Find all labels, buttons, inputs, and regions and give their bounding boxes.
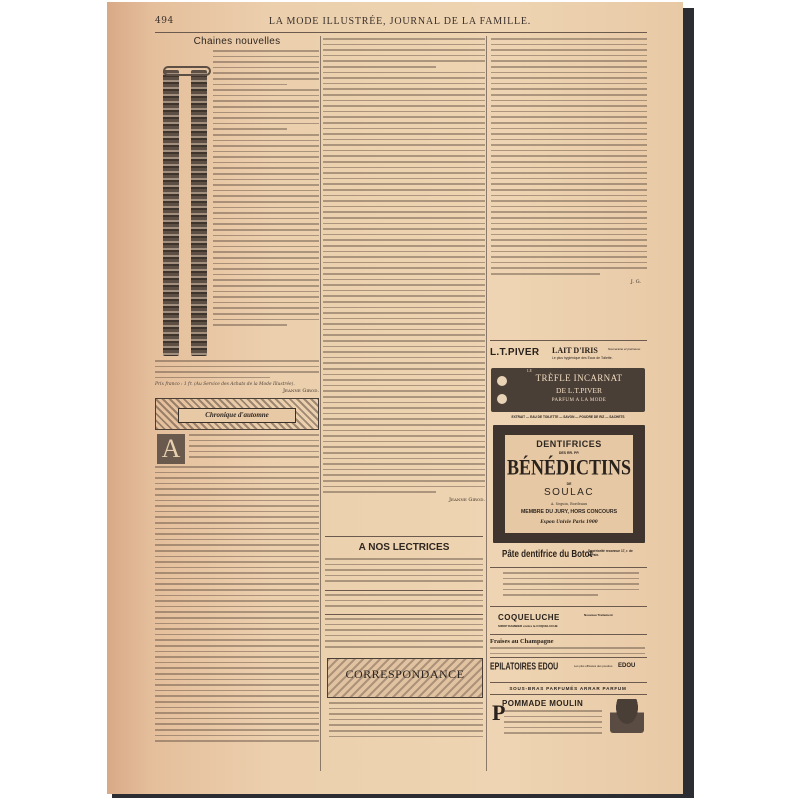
ad-side: Nouveau Traitement — [584, 613, 613, 617]
clover-icon — [497, 394, 507, 404]
ad-coqueluche: COQUELUCHE Nouveau Traitement SIROP DAMB… — [488, 611, 648, 631]
ad-benedictins: DENTIFRICES DES RR. PP. BÉNÉDICTINS DE S… — [493, 425, 645, 543]
signature: Jeanne Girod. — [155, 388, 319, 394]
article-body — [213, 50, 319, 330]
chain-illustration — [191, 70, 207, 356]
correspondance-banner: CORRESPONDANCE — [327, 658, 483, 698]
notice-botot — [325, 594, 483, 611]
chronique-banner: Chronique d'automne — [155, 398, 319, 430]
ad-arrar: SOUS-BRAS PARFUMÉS ARRAR PARFUM — [488, 686, 648, 691]
chronique-title: Chronique d'automne — [178, 408, 296, 423]
ad-side: Supériorité reconnue 17, r. de la Paix. — [588, 549, 634, 557]
section-rule — [490, 657, 647, 658]
clover-icon — [497, 376, 507, 386]
ad-tagline: Le plus hygiénique des Eaux de Toilette. — [552, 356, 613, 360]
correspondance-title: CORRESPONDANCE — [328, 667, 482, 682]
column-divider — [486, 36, 487, 771]
chain-illustration — [163, 70, 179, 356]
ad-line: DENTIFRICES — [505, 439, 633, 449]
notice-rule — [325, 590, 483, 591]
column2-text: Jeanne Girod. — [323, 38, 485, 503]
signature: Jeanne Girod. — [323, 497, 485, 503]
ad-trefle-footer: EXTRAIT — EAU DE TOILETTE — SAVON — POUD… — [488, 415, 648, 419]
ad-line: DE — [505, 482, 633, 486]
chronique-body — [155, 466, 319, 746]
ad-product: LAIT D'IRIS — [552, 346, 598, 355]
section-rule — [325, 536, 483, 537]
ad-benedictins-inner: DENTIFRICES DES RR. PP. BÉNÉDICTINS DE S… — [505, 435, 633, 533]
column3-text: J. G. — [491, 38, 647, 285]
dropcap-letter: A — [157, 434, 185, 464]
notice-rule — [325, 614, 483, 615]
chronique-opening — [189, 434, 319, 462]
newspaper-page: 494 LA MODE ILLUSTRÉE, JOURNAL DE LA FAM… — [107, 2, 683, 794]
column-divider — [320, 36, 321, 771]
notice-camille — [325, 558, 483, 586]
chain-loop — [163, 66, 211, 76]
section-rule — [490, 606, 647, 607]
ad-award: MEMBRE DU JURY, HORS CONCOURS — [505, 509, 633, 515]
ad-sub: SIROP DAMBIER contre la COQUELUCHE — [498, 624, 558, 628]
notice-violettes — [325, 618, 483, 652]
ad-title: Pâte dentifrice du Botot — [502, 548, 592, 560]
ad-epilatoires-edou: EPILATOIRES EDOU Les plus efficaces des … — [488, 661, 648, 681]
ad-brand: L.T.PIVER — [490, 347, 539, 358]
article-title: Chaines nouvelles — [155, 36, 319, 47]
ad-title: POMMADE MOULIN — [502, 699, 583, 708]
ad-title: BÉNÉDICTINS — [505, 454, 633, 480]
page-header: 494 LA MODE ILLUSTRÉE, JOURNAL DE LA FAM… — [155, 14, 645, 30]
ad-line: SOULAC — [505, 487, 633, 498]
ad-botot: Pâte dentifrice du Botot Supériorité rec… — [488, 547, 648, 565]
signature: J. G. — [491, 279, 647, 285]
tree-illustration — [610, 699, 644, 733]
ad-maker: A. Seguin, Bordeaux — [505, 502, 633, 506]
article-closing: Prix franco : 1 fr. (Au Service des Acha… — [155, 360, 319, 394]
header-rule — [155, 32, 647, 33]
ad-line: PARFUM A LA MODE — [519, 398, 639, 403]
ad-side: EDOU — [618, 663, 635, 669]
ad-piver-lait-iris: L.T.PIVER LAIT D'IRIS Le plus hygiénique… — [488, 344, 648, 366]
ad-side-note: Souveraine et précieuse — [608, 347, 646, 351]
ad-title: COQUELUCHE — [498, 613, 560, 622]
section-rule — [490, 694, 647, 695]
ad-trefle-incarnat: LE TRÈFLE INCARNAT DE L.T.PIVER PARFUM A… — [491, 368, 645, 412]
section-title-a-nos-lectrices: A NOS LECTRICES — [323, 542, 485, 553]
ad-pommade-moulin: P POMMADE MOULIN — [488, 697, 648, 737]
section-rule — [490, 567, 647, 568]
ad-title: TRÈFLE INCARNAT — [519, 373, 639, 383]
ad-creme-oriza — [503, 572, 639, 600]
journal-title: LA MODE ILLUSTRÉE, JOURNAL DE LA FAMILLE… — [155, 16, 645, 27]
section-rule — [490, 634, 647, 635]
section-rule — [490, 340, 647, 341]
ad-title: EPILATOIRES EDOU — [490, 663, 558, 673]
correspondance-text — [329, 702, 483, 741]
section-rule — [490, 682, 647, 683]
ad-title: Fraises au Champagne — [490, 638, 554, 645]
ad-line: DE L.T.PIVER — [519, 386, 639, 395]
ad-expo: Expon Univle Paris 1900 — [505, 519, 633, 524]
ad-note: Les plus efficaces des poudres — [574, 664, 614, 668]
